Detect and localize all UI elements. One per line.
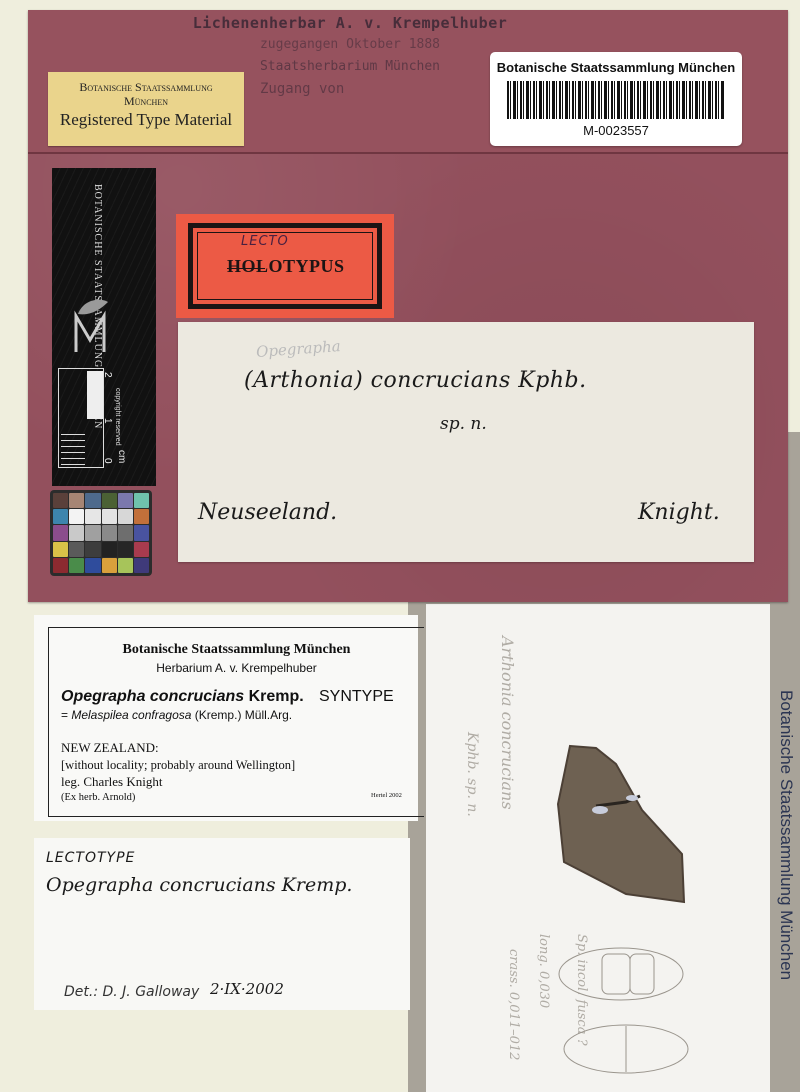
- color-swatch: [118, 558, 133, 573]
- cm-ruler: [58, 368, 104, 468]
- type-status-label: LECTO HOLOTYPUS: [176, 214, 394, 318]
- color-swatch: [134, 509, 149, 524]
- printed-collector: leg. Charles Knight: [61, 774, 162, 790]
- printed-label-border: Botanische Staatssammlung München Herbar…: [48, 627, 424, 817]
- spore-drawings: [556, 944, 696, 1084]
- barcode-id: M-0023557: [490, 123, 742, 138]
- color-swatch: [69, 558, 84, 573]
- type-label-text: Registered Type Material: [48, 110, 244, 130]
- species-name: Opegrapha concrucians: [61, 688, 244, 705]
- type-status-printed: HOLOTYPUS: [227, 256, 345, 277]
- lichen-specimen-image: [556, 744, 686, 904]
- sheet-pencil-author: Kphb. sp. n.: [464, 732, 480, 817]
- original-locality: Neuseeland.: [198, 500, 337, 525]
- synonym-name: Melaspilea confragosa: [71, 708, 191, 722]
- color-swatch: [102, 509, 117, 524]
- color-swatch: [134, 525, 149, 540]
- color-swatch: [134, 493, 149, 508]
- scale-inst-line-1: BOTANISCHE: [92, 184, 103, 257]
- ruler-ticks: [61, 429, 85, 465]
- color-swatch: [118, 542, 133, 557]
- determination-label: LECTOTYPE Opegrapha concrucians Kremp. D…: [34, 838, 410, 1010]
- color-checker: [50, 490, 152, 576]
- color-swatch: [85, 542, 100, 557]
- color-swatch: [53, 509, 68, 524]
- sheet-pencil-name: Arthonia concrucians: [498, 636, 517, 810]
- color-swatch: [85, 493, 100, 508]
- ruler-unit: cm: [116, 450, 127, 463]
- color-swatch: [53, 493, 68, 508]
- printed-annotator: Hertel 2002: [371, 792, 402, 799]
- printed-locality: [without locality; probably around Welli…: [61, 758, 295, 773]
- synonym-author: (Kremp.) Müll.Arg.: [195, 708, 292, 722]
- accession-strip-title: Botanische Staatssammlung München: [776, 690, 796, 980]
- ruler-label-1: 1: [102, 418, 113, 424]
- printed-species: Opegrapha concrucians Kremp.: [61, 688, 304, 706]
- scale-card: BOTANISCHE STAATSSAMMLUNG MÜNCHEN 2 1 0 …: [52, 168, 156, 486]
- type-status-frame: LECTO HOLOTYPUS: [188, 223, 382, 309]
- printed-status: SYNTYPE: [319, 688, 394, 706]
- printed-institution: Botanische Staatssammlung München: [49, 642, 424, 658]
- barcode-title: Botanische Staatssammlung München: [490, 60, 742, 75]
- color-swatch: [53, 542, 68, 557]
- color-swatch: [85, 509, 100, 524]
- color-swatch: [69, 525, 84, 540]
- stamp-line-2: zugegangen Oktober 1888: [170, 34, 530, 56]
- original-label: Opegrapha (Arthonia) concrucians Kphb. s…: [178, 322, 754, 562]
- color-swatch: [85, 558, 100, 573]
- original-pencil-annotation: Opegrapha: [255, 337, 341, 361]
- color-swatch: [102, 558, 117, 573]
- registered-type-material-label: Botanische Staatssammlung München Regist…: [48, 72, 244, 146]
- type-status-handwritten: LECTO: [241, 234, 289, 249]
- color-swatch: [53, 558, 68, 573]
- color-swatch: [53, 525, 68, 540]
- det-date: 2·IX·2002: [210, 980, 284, 998]
- color-swatch: [102, 493, 117, 508]
- sheet-pencil-note-2: long. 0,030: [536, 934, 551, 1008]
- specimen-sheet: Arthonia concrucians Kphb. sp. n. Sp. in…: [426, 604, 770, 1092]
- barcode-label: Botanische Staatssammlung München M-0023…: [490, 52, 742, 146]
- color-swatch: [118, 509, 133, 524]
- type-label-institution: Botanische Staatssammlung: [48, 80, 244, 94]
- det-taxon-name: Opegrapha concrucians Kremp.: [46, 874, 352, 896]
- color-swatch: [118, 493, 133, 508]
- original-collector: Knight.: [638, 500, 720, 525]
- ruler-label-0: 0: [102, 458, 113, 464]
- color-swatch: [102, 542, 117, 557]
- color-swatch: [69, 493, 84, 508]
- color-swatch: [69, 509, 84, 524]
- color-swatch: [134, 542, 149, 557]
- original-sp-note: sp. n.: [440, 414, 487, 434]
- barcode-icon: [507, 81, 725, 119]
- synonym-prefix: =: [61, 708, 71, 722]
- type-label-city: München: [48, 94, 244, 108]
- color-swatch: [118, 525, 133, 540]
- color-swatch: [102, 525, 117, 540]
- stamp-line-1: Lichenenherbar A. v. Krempelhuber: [170, 12, 530, 34]
- color-swatch: [134, 558, 149, 573]
- printed-herbarium-label: Botanische Staatssammlung München Herbar…: [34, 615, 418, 821]
- leaf-logo-icon: [70, 296, 110, 356]
- printed-synonym: = Melaspilea confragosa (Kremp.) Müll.Ar…: [61, 708, 292, 722]
- ruler-white-block: [87, 371, 103, 419]
- color-swatch: [69, 542, 84, 557]
- color-swatch: [85, 525, 100, 540]
- original-taxon-name: (Arthonia) concrucians Kphb.: [244, 368, 587, 393]
- det-determiner: Det.: D. J. Galloway: [64, 984, 199, 1000]
- det-status: LECTOTYPE: [46, 850, 135, 866]
- printed-country: NEW ZEALAND:: [61, 740, 159, 756]
- species-author: Kremp.: [249, 688, 304, 705]
- printed-ex-herb: (Ex herb. Arnold): [61, 792, 135, 803]
- scale-copyright: copyright reserved: [114, 388, 121, 446]
- ruler-label-2: 2: [102, 372, 113, 378]
- sheet-pencil-note-3: crass. 0,011–012: [506, 949, 521, 1060]
- printed-herbarium: Herbarium A. v. Krempelhuber: [49, 661, 424, 675]
- strikethrough-line: [227, 268, 265, 269]
